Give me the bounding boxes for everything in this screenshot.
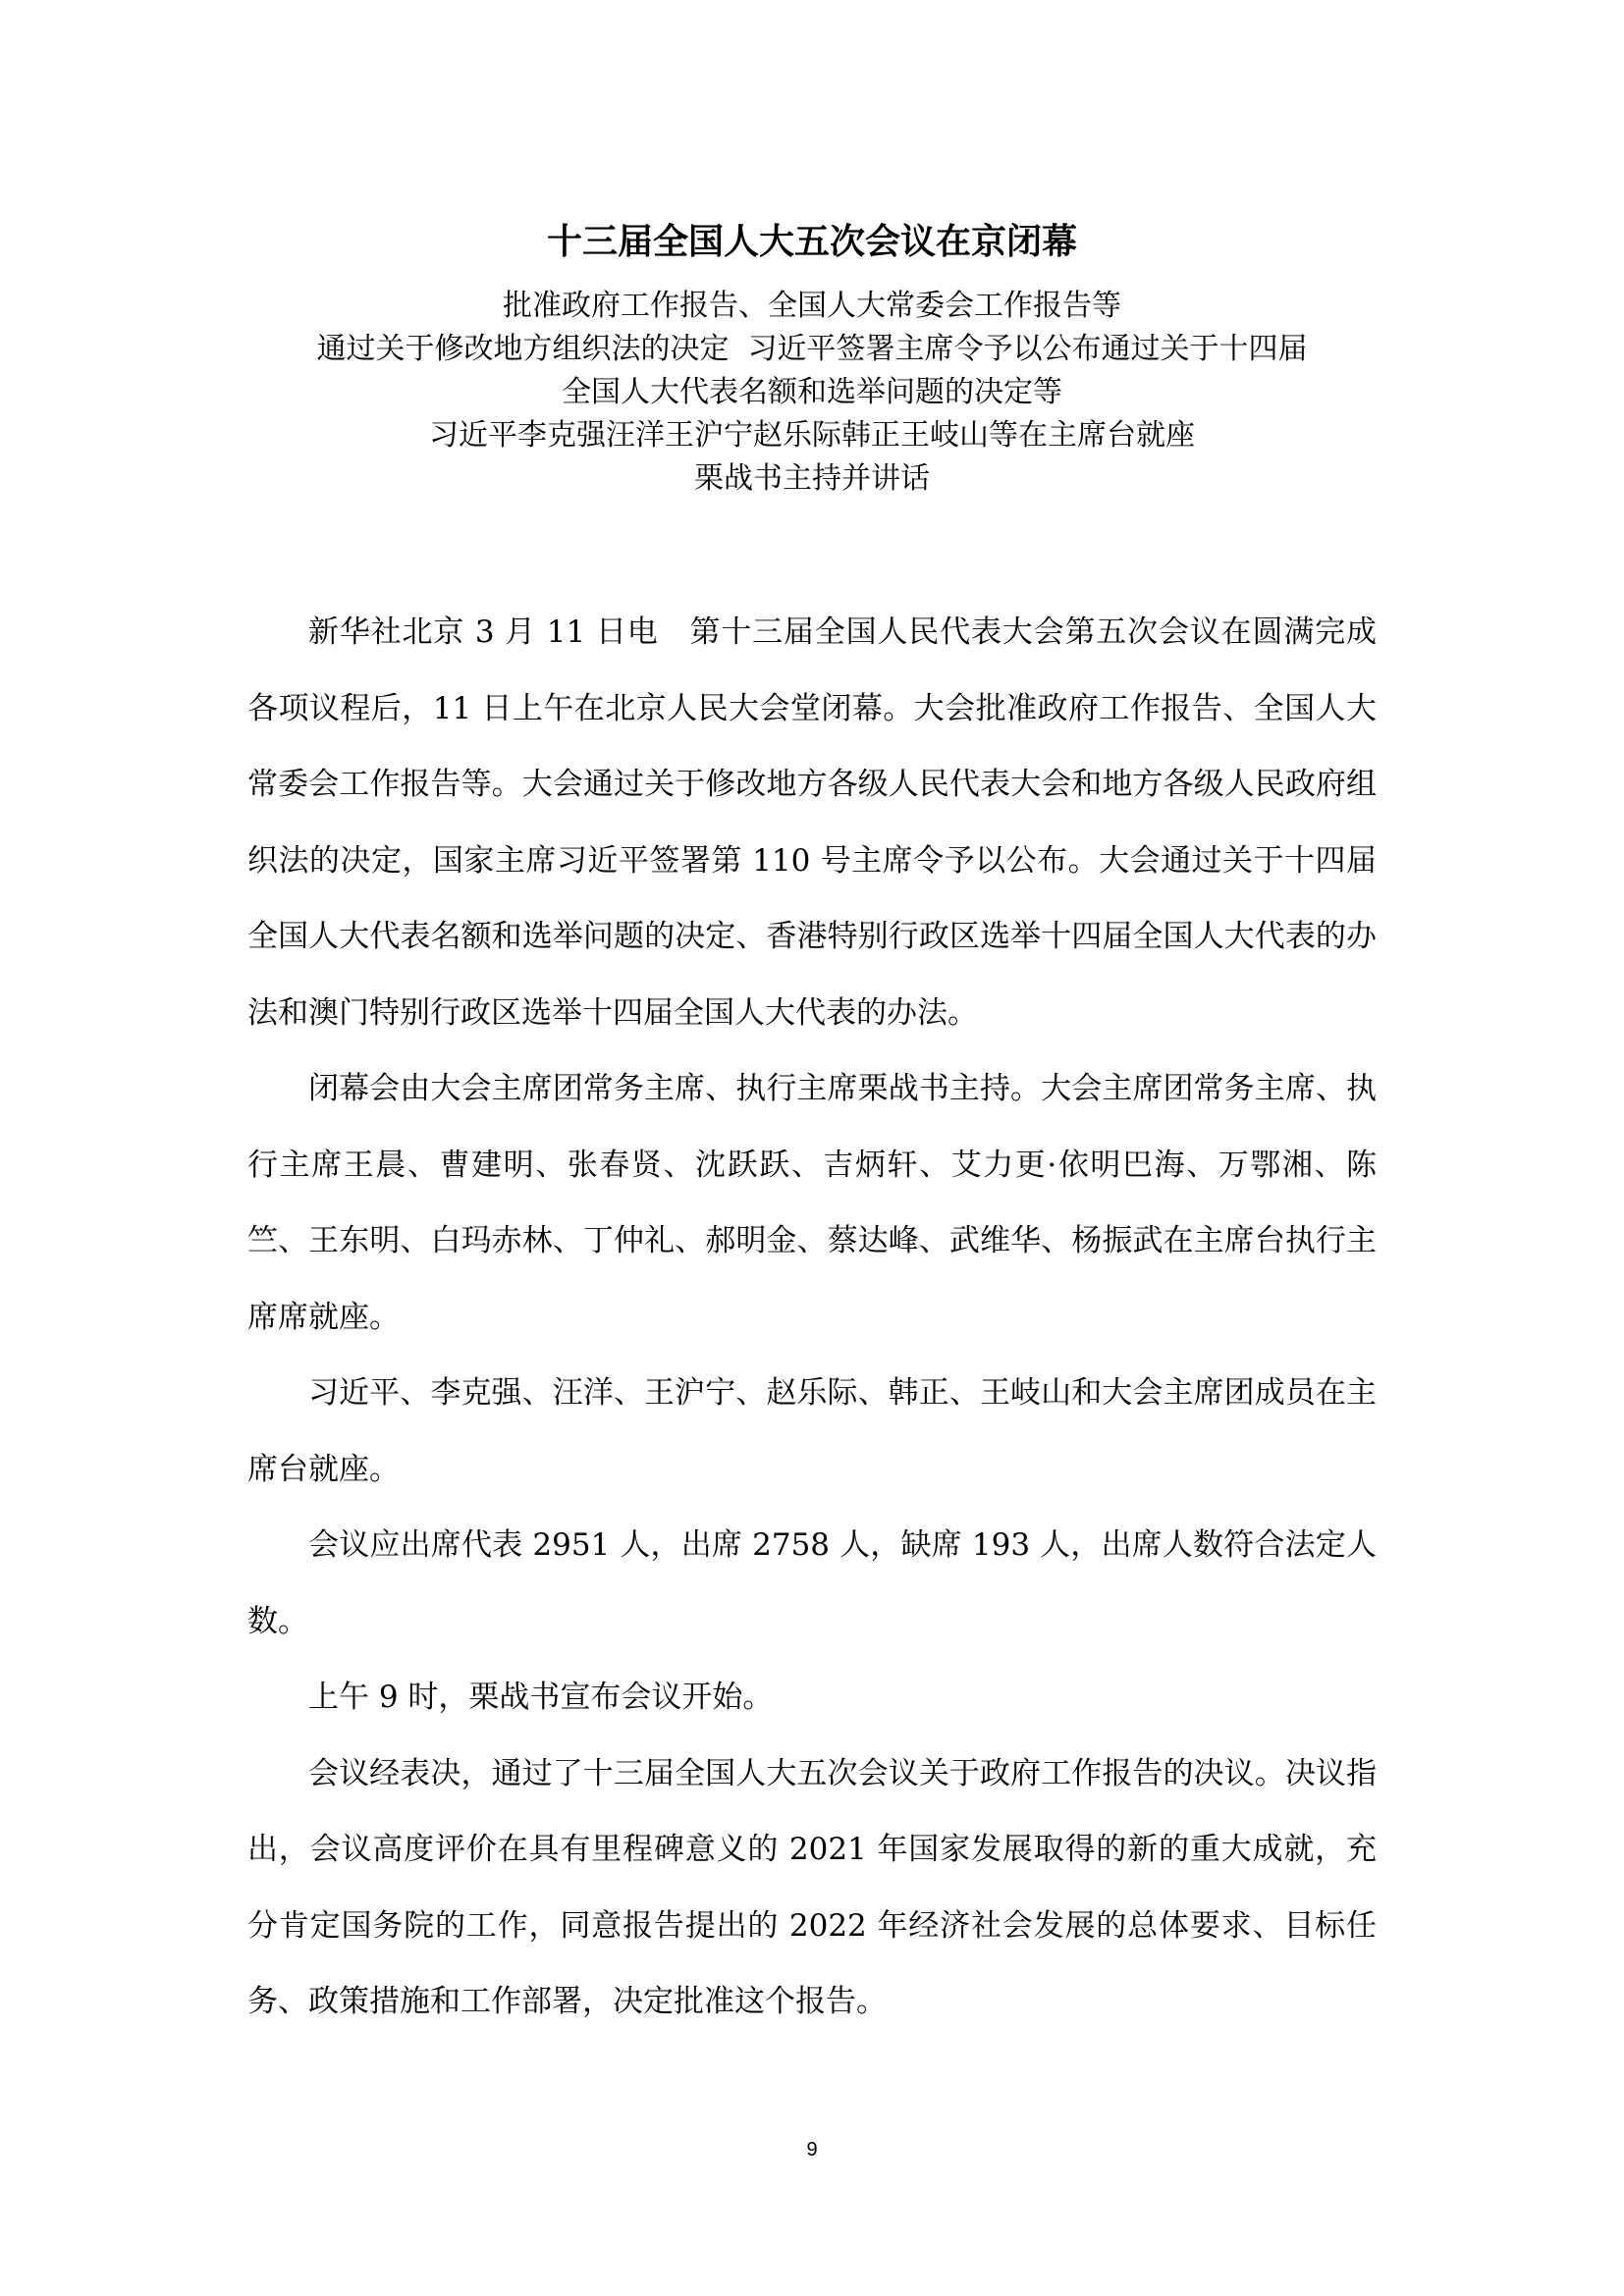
- subtitle-line: 习近平李克强汪洋王沪宁赵乐际韩正王岐山等在主席台就座: [0, 414, 1624, 457]
- article-subtitles: 批准政府工作报告、全国人大常委会工作报告等 通过关于修改地方组织法的决定 习近平…: [0, 285, 1624, 501]
- paragraph-opening: 上午 9 时，栗战书宣布会议开始。: [247, 1660, 1377, 1736]
- subtitle-line: 批准政府工作报告、全国人大常委会工作报告等: [0, 285, 1624, 328]
- page-number: 9: [0, 2138, 1624, 2162]
- document-page: 十三届全国人大五次会议在京闭幕 批准政府工作报告、全国人大常委会工作报告等 通过…: [0, 0, 1624, 2296]
- article-title: 十三届全国人大五次会议在京闭幕: [0, 218, 1624, 267]
- article-body: 新华社北京 3 月 11 日电 第十三届全国人民代表大会第五次会议在圆满完成各项…: [247, 595, 1377, 2041]
- paragraph-leaders: 习近平、李克强、汪洋、王沪宁、赵乐际、韩正、王岐山和大会主席团成员在主席台就座。: [247, 1356, 1377, 1508]
- paragraph-dateline: 新华社北京 3 月 11 日电 第十三届全国人民代表大会第五次会议在圆满完成各项…: [247, 595, 1377, 1051]
- paragraph-presidium: 闭幕会由大会主席团常务主席、执行主席栗战书主持。大会主席团常务主席、执行主席王晨…: [247, 1051, 1377, 1356]
- paragraph-attendance: 会议应出席代表 2951 人，出席 2758 人，缺席 193 人，出席人数符合…: [247, 1508, 1377, 1660]
- paragraph-resolution: 会议经表决，通过了十三届全国人大五次会议关于政府工作报告的决议。决议指出，会议高…: [247, 1736, 1377, 2041]
- subtitle-line: 通过关于修改地方组织法的决定 习近平签署主席令予以公布通过关于十四届: [0, 328, 1624, 371]
- subtitle-line: 全国人大代表名额和选举问题的决定等: [0, 371, 1624, 414]
- subtitle-line: 栗战书主持并讲话: [0, 457, 1624, 501]
